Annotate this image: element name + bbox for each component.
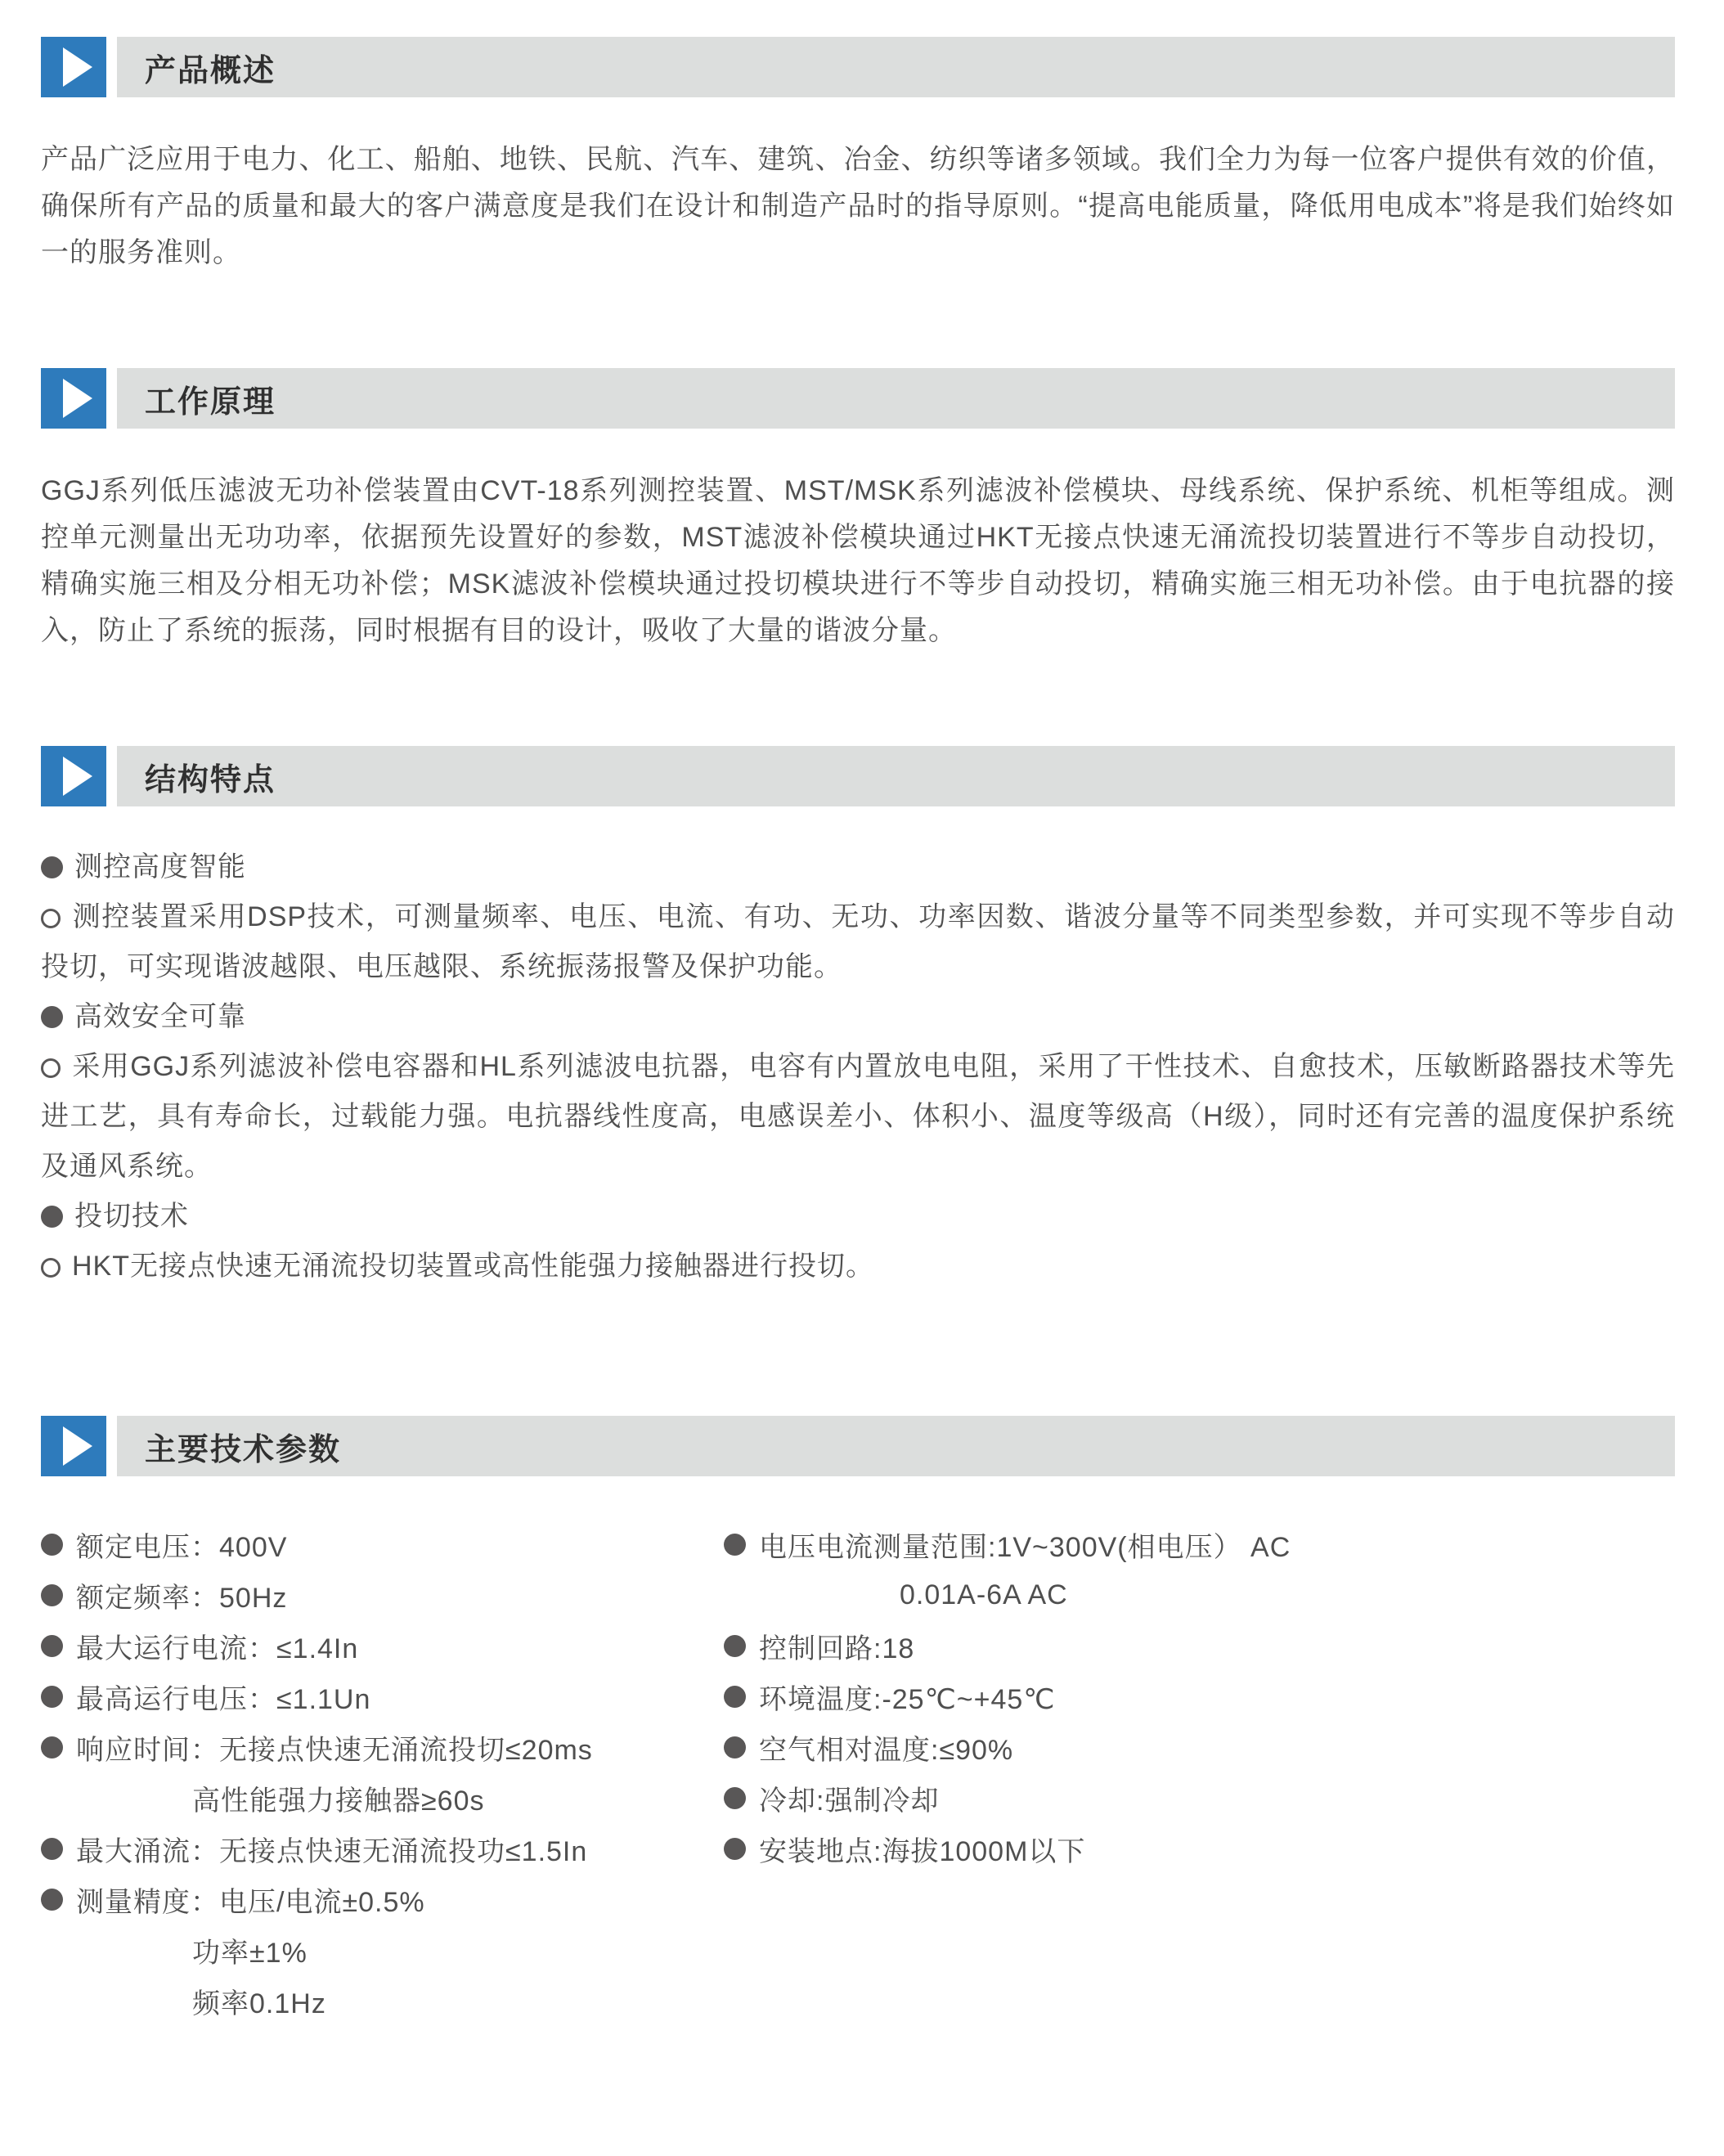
triangle-glyph bbox=[63, 1426, 92, 1466]
parameter-row: 空气相对温度:≤90% bbox=[724, 1722, 1675, 1772]
feature-text: 测控装置采用DSP技术，可测量频率、电压、电流、有功、无功、功率因数、谐波分量等… bbox=[41, 901, 1675, 982]
feature-text: 采用GGJ系列滤波补偿电容器和HL系列滤波电抗器，电容有内置放电电阻，采用了干性… bbox=[41, 1051, 1675, 1182]
parameter-text: 电压电流测量范围:1V~300V(相电压） AC bbox=[759, 1525, 1291, 1565]
feature-item: 高效安全可靠 bbox=[41, 992, 1675, 1042]
filled-bullet-icon bbox=[41, 1206, 63, 1228]
filled-bullet-icon bbox=[41, 1838, 63, 1860]
feature-text: 测控高度智能 bbox=[74, 851, 246, 883]
filled-bullet-icon bbox=[41, 1635, 63, 1657]
section-structure-features: 结构特点 测控高度智能 测控装置采用DSP技术，可测量频率、电压、电流、有功、无… bbox=[41, 746, 1675, 1291]
hollow-bullet-icon bbox=[41, 1258, 61, 1278]
parameter-text: 额定频率：50Hz bbox=[76, 1575, 287, 1615]
triangle-glyph bbox=[63, 757, 92, 796]
feature-item: 测控高度智能 bbox=[41, 842, 1675, 892]
section-header: 结构特点 bbox=[41, 746, 1675, 806]
parameter-text: 环境温度:-25℃~+45℃ bbox=[759, 1677, 1055, 1717]
parameter-row: 测量精度：电压/电流±0.5% bbox=[41, 1874, 724, 1925]
triangle-glyph bbox=[63, 47, 92, 87]
parameter-text: 空气相对温度:≤90% bbox=[759, 1727, 1013, 1767]
parameter-text: 最大涌流：无接点快速无涌流投功≤1.5In bbox=[76, 1829, 587, 1869]
filled-bullet-icon bbox=[41, 1686, 63, 1708]
parameter-text: 0.01A-6A AC bbox=[900, 1579, 1068, 1611]
parameter-text: 测量精度：电压/电流±0.5% bbox=[76, 1880, 425, 1920]
filled-bullet-icon bbox=[41, 1736, 63, 1758]
section-header: 产品概述 bbox=[41, 37, 1675, 97]
section-technical-parameters: 主要技术参数 额定电压：400V 额定频率：50Hz 最大运行电流：≤1.4In… bbox=[41, 1416, 1675, 2026]
feature-text: 投切技术 bbox=[74, 1201, 189, 1232]
section-working-principle: 工作原理 GGJ系列低压滤波无功补偿装置由CVT-18系列测控装置、MST/MS… bbox=[41, 368, 1675, 654]
play-triangle-icon bbox=[41, 37, 106, 97]
parameter-text: 功率±1% bbox=[192, 1930, 308, 1970]
section-title: 工作原理 bbox=[145, 376, 276, 421]
feature-list: 测控高度智能 测控装置采用DSP技术，可测量频率、电压、电流、有功、无功、功率因… bbox=[41, 842, 1675, 1291]
filled-bullet-icon bbox=[724, 1686, 746, 1708]
filled-bullet-icon bbox=[724, 1787, 746, 1809]
parameter-row: 响应时间：无接点快速无涌流投切≤20ms bbox=[41, 1722, 724, 1772]
section-body: GGJ系列低压滤波无功补偿装置由CVT-18系列测控装置、MST/MSK系列滤波… bbox=[41, 468, 1675, 654]
feature-text: 高效安全可靠 bbox=[74, 1001, 246, 1032]
parameter-columns: 额定电压：400V 额定频率：50Hz 最大运行电流：≤1.4In 最高运行电压… bbox=[41, 1519, 1675, 2026]
parameter-text: 响应时间：无接点快速无涌流投切≤20ms bbox=[76, 1727, 593, 1767]
parameter-column-left: 额定电压：400V 额定频率：50Hz 最大运行电流：≤1.4In 最高运行电压… bbox=[41, 1519, 724, 2026]
section-title-bar: 产品概述 bbox=[117, 37, 1675, 97]
parameter-row: 冷却:强制冷却 bbox=[724, 1772, 1675, 1823]
parameter-row: 额定频率：50Hz bbox=[41, 1570, 724, 1620]
parameter-row-continuation: 高性能强力接触器≥60s bbox=[41, 1772, 724, 1823]
section-title-bar: 结构特点 bbox=[117, 746, 1675, 806]
feature-text: HKT无接点快速无涌流投切装置或高性能强力接触器进行投切。 bbox=[72, 1251, 874, 1282]
filled-bullet-icon bbox=[724, 1736, 746, 1758]
section-body: 产品广泛应用于电力、化工、船舶、地铁、民航、汽车、建筑、冶金、纺织等诸多领域。我… bbox=[41, 137, 1675, 276]
play-triangle-icon bbox=[41, 1416, 106, 1476]
parameter-row-continuation: 0.01A-6A AC bbox=[724, 1570, 1675, 1620]
parameter-row-continuation: 频率0.1Hz bbox=[41, 1975, 724, 2026]
parameter-text: 高性能强力接触器≥60s bbox=[192, 1778, 484, 1818]
play-triangle-icon bbox=[41, 746, 106, 806]
section-title-bar: 工作原理 bbox=[117, 368, 1675, 429]
section-product-overview: 产品概述 产品广泛应用于电力、化工、船舶、地铁、民航、汽车、建筑、冶金、纺织等诸… bbox=[41, 37, 1675, 276]
parameter-row: 控制回路:18 bbox=[724, 1620, 1675, 1671]
feature-item: 投切技术 bbox=[41, 1192, 1675, 1242]
parameter-row: 环境温度:-25℃~+45℃ bbox=[724, 1671, 1675, 1722]
section-title: 主要技术参数 bbox=[145, 1424, 341, 1469]
section-header: 工作原理 bbox=[41, 368, 1675, 429]
parameter-text: 最大运行电流：≤1.4In bbox=[76, 1626, 358, 1666]
parameter-text: 最高运行电压：≤1.1Un bbox=[76, 1677, 370, 1717]
parameter-row: 最大运行电流：≤1.4In bbox=[41, 1620, 724, 1671]
hollow-bullet-icon bbox=[41, 1058, 61, 1078]
parameter-text: 额定电压：400V bbox=[76, 1525, 287, 1565]
filled-bullet-icon bbox=[41, 1534, 63, 1556]
parameter-text: 频率0.1Hz bbox=[192, 1981, 326, 2021]
section-title: 产品概述 bbox=[145, 45, 276, 90]
hollow-bullet-icon bbox=[41, 909, 61, 928]
section-title-bar: 主要技术参数 bbox=[117, 1416, 1675, 1476]
parameter-row: 安装地点:海拔1000M以下 bbox=[724, 1823, 1675, 1874]
section-header: 主要技术参数 bbox=[41, 1416, 1675, 1476]
feature-item: 采用GGJ系列滤波补偿电容器和HL系列滤波电抗器，电容有内置放电电阻，采用了干性… bbox=[41, 1042, 1675, 1192]
feature-item: HKT无接点快速无涌流投切装置或高性能强力接触器进行投切。 bbox=[41, 1242, 1675, 1291]
parameter-row: 最大涌流：无接点快速无涌流投功≤1.5In bbox=[41, 1823, 724, 1874]
parameter-row: 最高运行电压：≤1.1Un bbox=[41, 1671, 724, 1722]
parameter-row: 额定电压：400V bbox=[41, 1519, 724, 1570]
feature-item: 测控装置采用DSP技术，可测量频率、电压、电流、有功、无功、功率因数、谐波分量等… bbox=[41, 892, 1675, 992]
filled-bullet-icon bbox=[41, 1006, 63, 1028]
product-datasheet-page: 产品概述 产品广泛应用于电力、化工、船舶、地铁、民航、汽车、建筑、冶金、纺织等诸… bbox=[0, 0, 1724, 2026]
parameter-row-continuation: 功率±1% bbox=[41, 1925, 724, 1975]
section-title: 结构特点 bbox=[145, 754, 276, 799]
filled-bullet-icon bbox=[724, 1635, 746, 1657]
filled-bullet-icon bbox=[724, 1534, 746, 1556]
parameter-column-right: 电压电流测量范围:1V~300V(相电压） AC 0.01A-6A AC 控制回… bbox=[724, 1519, 1675, 2026]
filled-bullet-icon bbox=[724, 1838, 746, 1860]
filled-bullet-icon bbox=[41, 856, 63, 878]
parameter-text: 冷却:强制冷却 bbox=[759, 1778, 939, 1818]
play-triangle-icon bbox=[41, 368, 106, 429]
filled-bullet-icon bbox=[41, 1889, 63, 1911]
parameter-row: 电压电流测量范围:1V~300V(相电压） AC bbox=[724, 1519, 1675, 1570]
triangle-glyph bbox=[63, 379, 92, 418]
parameter-text: 安装地点:海拔1000M以下 bbox=[759, 1829, 1085, 1869]
parameter-text: 控制回路:18 bbox=[759, 1626, 914, 1666]
filled-bullet-icon bbox=[41, 1584, 63, 1606]
